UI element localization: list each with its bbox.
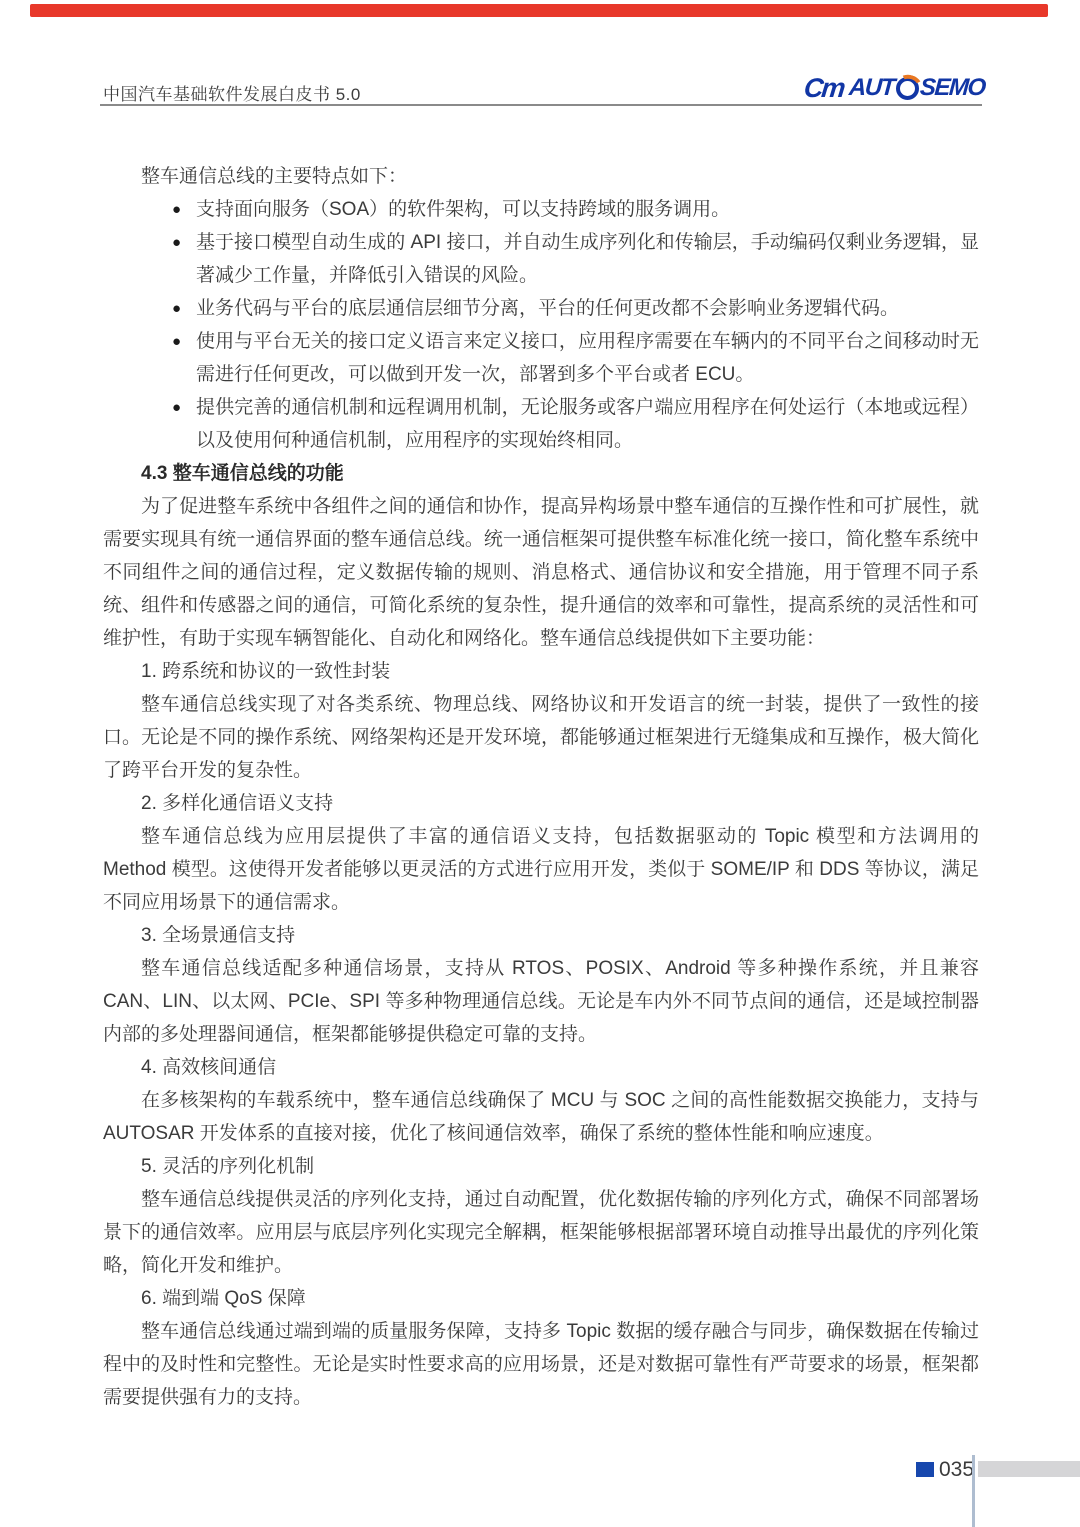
intro-line: 整车通信总线的主要特点如下： (103, 160, 979, 193)
bullet-icon: ● (172, 325, 181, 358)
logo-text-semo: SEMO (919, 74, 986, 102)
bullet-item: ● 使用与平台无关的接口定义语言来定义接口，应用程序需要在车辆内的不同平台之间移… (103, 325, 979, 391)
bullet-text: 基于接口模型自动生成的 API 接口，并自动生成序列化和传输层，手动编码仅剩业务… (196, 232, 979, 286)
autosemo-logo: Cm AUT SEMO (795, 73, 985, 103)
bullet-icon: ● (172, 193, 181, 226)
footer-gray-bar (978, 1461, 1080, 1477)
feature-title: 5. 灵活的序列化机制 (103, 1150, 979, 1183)
feature-body: 在多核架构的车载系统中，整车通信总线确保了 MCU 与 SOC 之间的高性能数据… (103, 1084, 979, 1150)
feature-body: 整车通信总线提供灵活的序列化支持，通过自动配置，优化数据传输的序列化方式，确保不… (103, 1183, 979, 1282)
logo-cm-monogram: Cm (802, 73, 845, 104)
bullet-icon: ● (172, 292, 181, 325)
logo-o-swoosh-icon (896, 77, 919, 100)
page-number-marker-square (916, 1462, 934, 1477)
bullet-item: ● 基于接口模型自动生成的 API 接口，并自动生成序列化和传输层，手动编码仅剩… (103, 226, 979, 292)
top-red-accent-bar (30, 4, 1048, 17)
bullet-icon: ● (172, 226, 181, 259)
bullet-item: ● 支持面向服务（SOA）的软件架构，可以支持跨域的服务调用。 (103, 193, 979, 226)
section-intro-paragraph: 为了促进整车系统中各组件之间的通信和协作，提高异构场景中整车通信的互操作性和可扩… (103, 490, 979, 655)
feature-title: 3. 全场景通信支持 (103, 919, 979, 952)
feature-body: 整车通信总线适配多种通信场景，支持从 RTOS、POSIX、Android 等多… (103, 952, 979, 1051)
bullet-text: 业务代码与平台的底层通信层细节分离，平台的任何更改都不会影响业务逻辑代码。 (196, 298, 899, 319)
bullet-item: ● 业务代码与平台的底层通信层细节分离，平台的任何更改都不会影响业务逻辑代码。 (103, 292, 979, 325)
bullet-item: ● 提供完善的通信机制和远程调用机制，无论服务或客户端应用程序在何处运行（本地或… (103, 391, 979, 457)
feature-title: 2. 多样化通信语义支持 (103, 787, 979, 820)
bullet-text: 使用与平台无关的接口定义语言来定义接口，应用程序需要在车辆内的不同平台之间移动时… (196, 331, 979, 385)
page-number: 035 (939, 1458, 974, 1482)
feature-body: 整车通信总线为应用层提供了丰富的通信语义支持，包括数据驱动的 Topic 模型和… (103, 820, 979, 919)
feature-body: 整车通信总线实现了对各类系统、物理总线、网络协议和开发语言的统一封装，提供了一致… (103, 688, 979, 787)
feature-body: 整车通信总线通过端到端的质量服务保障，支持多 Topic 数据的缓存融合与同步，… (103, 1315, 979, 1414)
body-content: 整车通信总线的主要特点如下： ● 支持面向服务（SOA）的软件架构，可以支持跨域… (103, 160, 979, 1414)
feature-title: 1. 跨系统和协议的一致性封装 (103, 655, 979, 688)
logo-text-aut: AUT (849, 74, 896, 102)
section-heading: 4.3 整车通信总线的功能 (103, 457, 979, 490)
document-page: 中国汽车基础软件发展白皮书 5.0 Cm AUT SEMO 整车通信总线的主要特… (0, 0, 1080, 1527)
bullet-text: 提供完善的通信机制和远程调用机制，无论服务或客户端应用程序在何处运行（本地或远程… (196, 397, 979, 451)
feature-title: 6. 端到端 QoS 保障 (103, 1282, 979, 1315)
footer-vertical-line (972, 1455, 975, 1527)
bullet-text: 支持面向服务（SOA）的软件架构，可以支持跨域的服务调用。 (196, 199, 730, 220)
header-divider-line (100, 104, 982, 106)
bullet-icon: ● (172, 391, 181, 424)
feature-title: 4. 高效核间通信 (103, 1051, 979, 1084)
header-doc-title: 中国汽车基础软件发展白皮书 5.0 (103, 80, 361, 105)
